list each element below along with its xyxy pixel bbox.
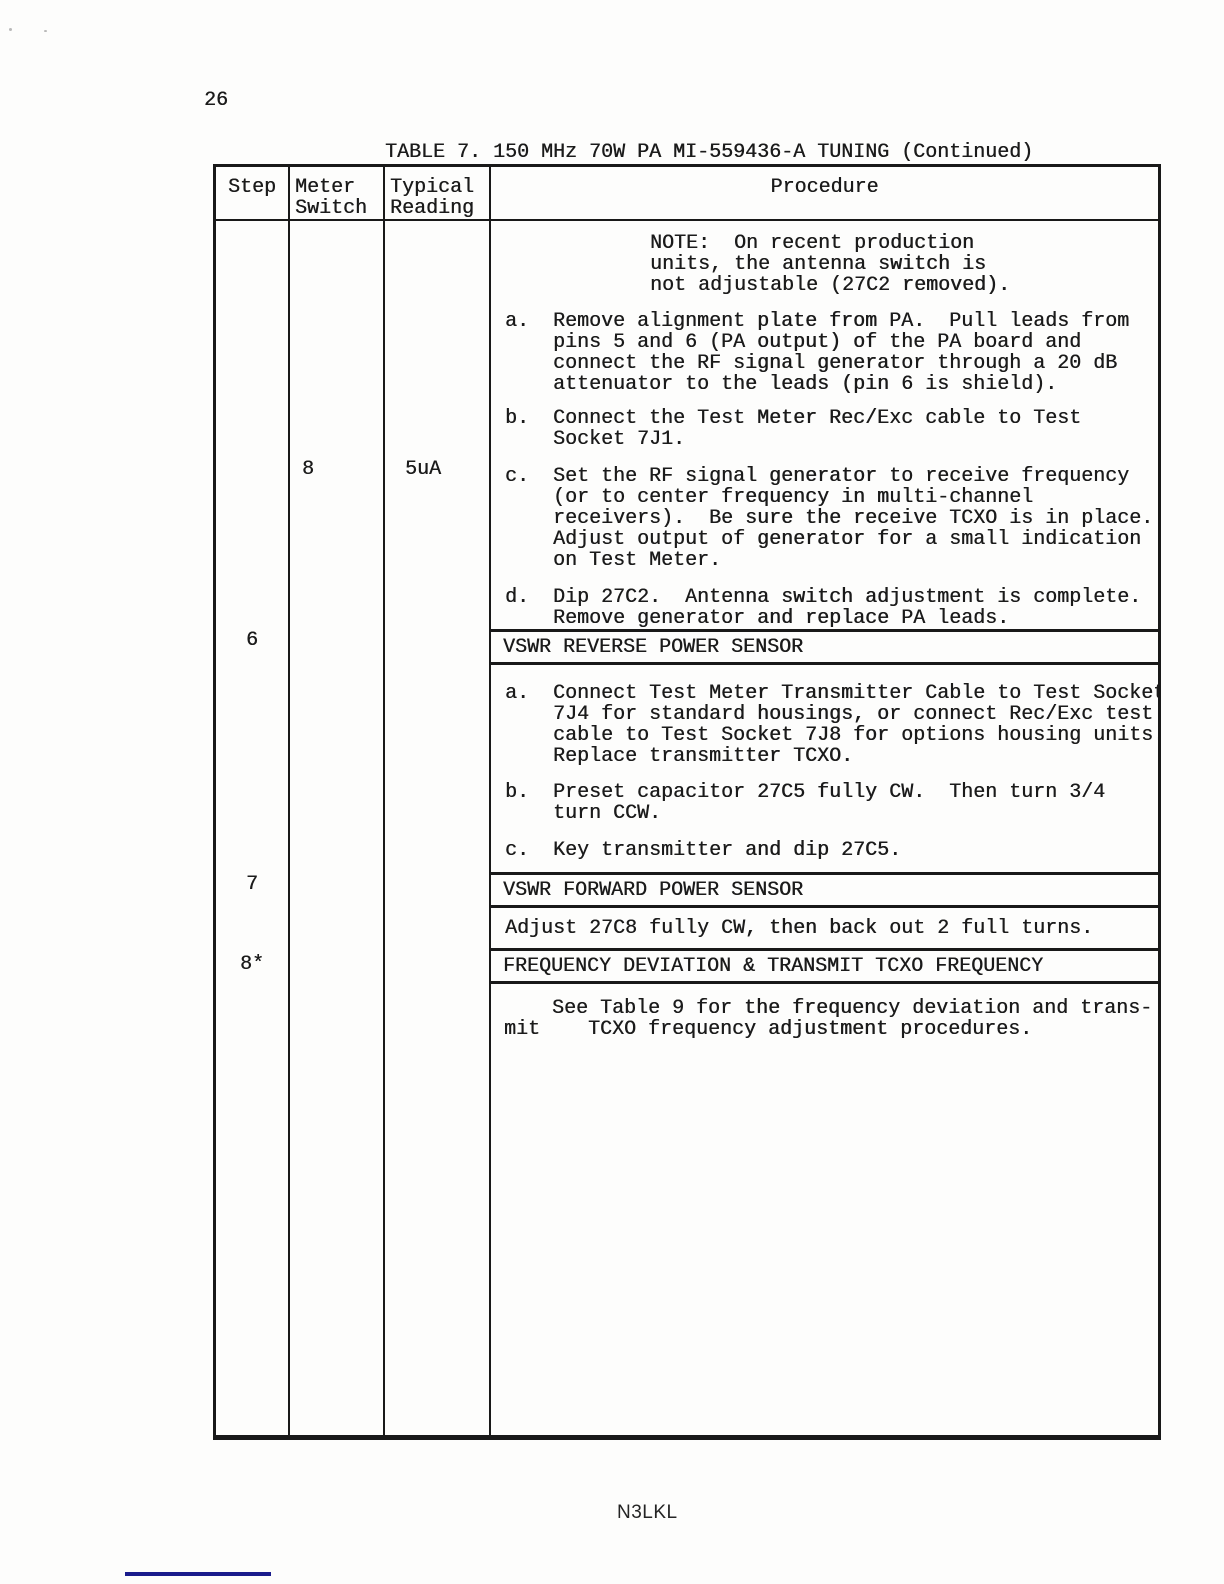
procedure-item-a: a. Remove alignment plate from PA. Pull … xyxy=(505,311,1158,395)
vswr-reverse-item-c: c. Key transmitter and dip 27C5. xyxy=(505,840,1158,861)
scan-speck xyxy=(44,30,47,32)
step-number-8-star: 8* xyxy=(216,954,288,975)
bottom-blue-bar xyxy=(125,1572,271,1576)
procedure-item-b: b. Connect the Test Meter Rec/Exc cable … xyxy=(505,408,1158,450)
scan-speck xyxy=(9,28,12,31)
header-procedure: Procedure xyxy=(491,167,1158,221)
header-step: Step xyxy=(216,167,288,221)
column-typical-reading: Typical Reading 5uA xyxy=(385,167,491,1435)
frequency-deviation-body: See Table 9 for the frequency deviation … xyxy=(504,998,1158,1040)
step-number-7: 7 xyxy=(216,874,288,895)
header-typical-reading: Typical Reading xyxy=(385,167,489,221)
procedure-item-d: d. Dip 27C2. Antenna switch adjustment i… xyxy=(505,587,1158,629)
document-page: 26 TABLE 7. 150 MHz 70W PA MI-559436-A T… xyxy=(0,0,1224,1584)
vswr-forward-body: Adjust 27C8 fully CW, then back out 2 fu… xyxy=(505,918,1158,939)
section-header-vswr-reverse: VSWR REVERSE POWER SENSOR xyxy=(491,629,1158,665)
vswr-reverse-item-a: a. Connect Test Meter Transmitter Cable … xyxy=(505,683,1158,767)
note-block: NOTE: On recent production units, the an… xyxy=(650,233,1158,296)
procedure-item-c: c. Set the RF signal generator to receiv… xyxy=(505,466,1158,571)
footer-code: N3LKL xyxy=(617,1502,678,1523)
tuning-table: Step 6 7 8* Meter Switch 8 Typical Readi… xyxy=(213,164,1161,1440)
section-header-vswr-forward: VSWR FORWARD POWER SENSOR xyxy=(491,872,1158,908)
step-number-6: 6 xyxy=(216,630,288,651)
typical-reading-value: 5uA xyxy=(405,459,441,480)
section-header-frequency-deviation: FREQUENCY DEVIATION & TRANSMIT TCXO FREQ… xyxy=(491,948,1158,984)
column-step: Step 6 7 8* xyxy=(216,167,290,1435)
header-meter-switch: Meter Switch xyxy=(290,167,383,221)
vswr-reverse-item-b: b. Preset capacitor 27C5 fully CW. Then … xyxy=(505,782,1158,824)
table-title: TABLE 7. 150 MHz 70W PA MI-559436-A TUNI… xyxy=(385,142,1033,163)
column-procedure: Procedure NOTE: On recent production uni… xyxy=(491,167,1158,1435)
meter-switch-value: 8 xyxy=(302,459,314,480)
column-meter-switch: Meter Switch 8 xyxy=(290,167,385,1435)
page-number: 26 xyxy=(204,90,228,111)
